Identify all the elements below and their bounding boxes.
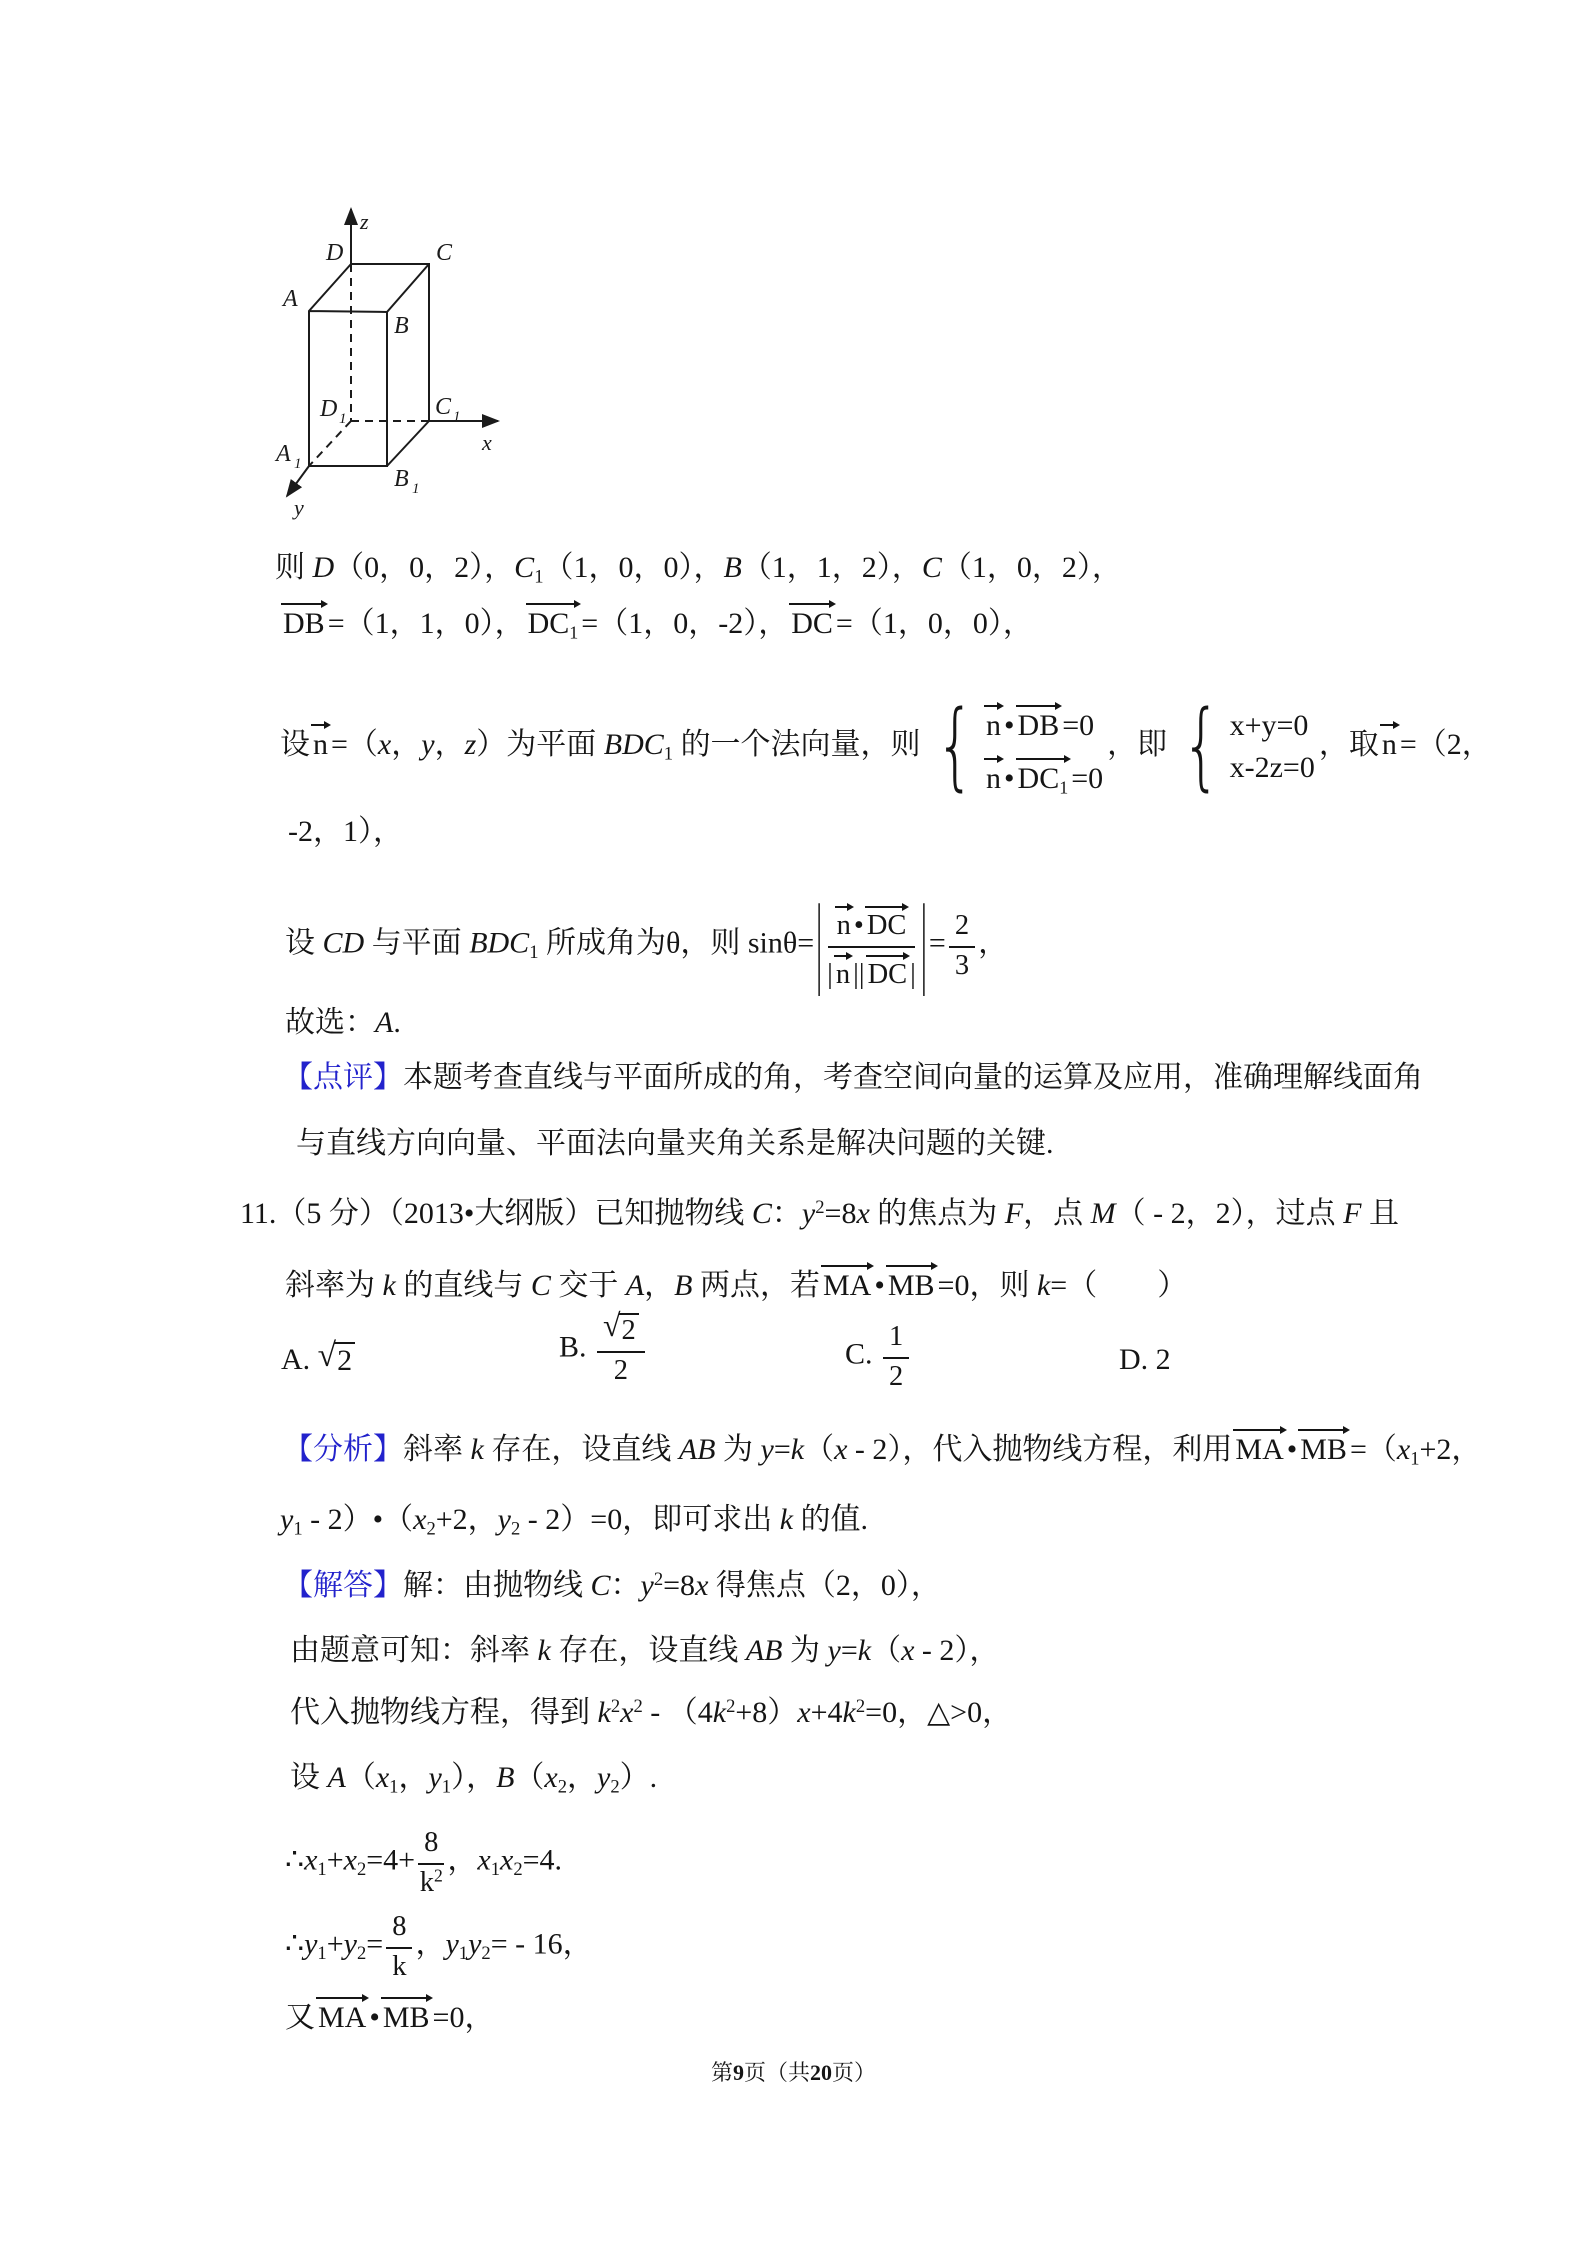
answer-line-6: ∴y1+y2=8k，y1y2= - 16， xyxy=(285,1910,593,1984)
fraction: 8k2 xyxy=(418,1826,444,1900)
square-root: √2 xyxy=(318,1342,355,1377)
math-var: x xyxy=(304,1844,317,1877)
math-var: A xyxy=(375,1006,393,1039)
section-label: 【分析】 xyxy=(283,1433,403,1466)
math-var: x xyxy=(477,1844,490,1877)
subscript: 1 xyxy=(389,1777,398,1798)
math-var: y xyxy=(597,1761,610,1794)
math-var: C xyxy=(531,1269,551,1302)
vertex-label-D1-base: D xyxy=(319,396,337,422)
option-D: D. 2 xyxy=(1119,1340,1171,1381)
vector-base: n xyxy=(837,910,851,941)
answer-line-1: 【解答】解：由抛物线 C：y2=8x 得焦点（2，0）， xyxy=(283,1566,941,1607)
subscript: 2 xyxy=(558,1777,567,1798)
numerator: 1 xyxy=(883,1320,909,1359)
math-var: y xyxy=(304,1928,317,1961)
math-var: y xyxy=(344,1928,357,1961)
fraction: n•DC|n||DC| xyxy=(827,900,916,992)
math-var: C xyxy=(752,1197,772,1230)
edge-BC xyxy=(387,264,429,312)
math-var: C xyxy=(514,551,534,584)
math-var: y xyxy=(428,1761,441,1794)
numerator: 8 xyxy=(418,1826,444,1865)
vertex-label-B1-sub: 1 xyxy=(412,481,420,497)
math-var: x xyxy=(500,1844,513,1877)
subscript: 1 xyxy=(1410,1449,1419,1470)
superscript: 2 xyxy=(815,1197,824,1218)
equation-system: {x+y=0x-2z=0 xyxy=(1171,704,1315,790)
axis-label-y: y xyxy=(292,495,304,520)
edge-DC-CC1 xyxy=(351,264,429,421)
subscript: 2 xyxy=(357,1943,366,1964)
cuboid-svg: z x y D C A B D 1 C 1 A 1 B 1 xyxy=(268,185,518,520)
vector-base: MB xyxy=(888,1269,935,1302)
vector-base: MA xyxy=(1235,1433,1283,1466)
math-var: B xyxy=(496,1761,514,1794)
math-var: F xyxy=(1005,1197,1023,1230)
fraction: 12 xyxy=(883,1320,909,1394)
equation-row: n•DC1=0 xyxy=(983,753,1103,794)
solution-line-normal-cont: -2，1）， xyxy=(288,812,403,853)
math-var: x xyxy=(376,1761,389,1794)
vertex-label-A: A xyxy=(281,286,298,312)
subscript: 2 xyxy=(426,1519,435,1540)
vertex-label-D: D xyxy=(325,240,343,266)
edge-D1A1-dashed xyxy=(309,421,351,466)
superscript: 2 xyxy=(434,1865,443,1885)
vector-DB: DB xyxy=(1015,700,1063,741)
edge-B1C1 xyxy=(387,421,429,466)
solution-line-vectors: DB=（1，1，0），DC1=（1，0，-2），DC=（1，0，0）， xyxy=(280,598,1033,645)
subscript: 1 xyxy=(317,1859,326,1880)
math-var: x xyxy=(544,1761,557,1794)
fraction: 23 xyxy=(949,909,975,983)
math-var: y xyxy=(827,1634,840,1667)
axis-label-x: x xyxy=(481,430,492,455)
vertex-label-C1-base: C xyxy=(435,394,452,420)
math-var: x xyxy=(797,1696,810,1729)
vector-base: DB xyxy=(283,607,325,640)
vector-base: DC xyxy=(868,959,908,990)
question-11-line-2: 斜率为 k 的直线与 C 交于 A，B 两点，若MA•MB=0，则 k=（ ） xyxy=(285,1260,1187,1307)
vector-MB: MB xyxy=(1297,1424,1350,1465)
option-B: B. √22 xyxy=(559,1312,648,1388)
equation-row: x-2z=0 xyxy=(1230,753,1315,783)
math-var: BDC xyxy=(604,728,664,761)
radical-sign: √ xyxy=(603,1310,621,1342)
superscript: 2 xyxy=(611,1696,620,1717)
answer-line-2: 由题意可知：斜率 k 存在，设直线 AB 为 y=k（x - 2）， xyxy=(290,1631,999,1672)
comment-line-2: 与直线方向向量、平面法向量夹角关系是解决问题的关键. xyxy=(296,1124,1054,1165)
solution-line-coordinates: 则 D（0，0，2），C1（1，0，0），B（1，1，2），C（1，0，2）， xyxy=(275,548,1122,589)
edge-front-faces xyxy=(309,264,387,466)
option-C: C. 12 xyxy=(845,1320,912,1394)
equation-row: n•DB=0 xyxy=(983,700,1103,741)
solution-line-sin-theta: 设 CD 与平面 BDC1 所成角为θ，则 sinθ=|n•DC|n||DC||… xyxy=(285,900,1008,992)
numerator: 8 xyxy=(386,1910,412,1949)
math-var: z xyxy=(465,728,477,761)
math-var: A xyxy=(328,1761,346,1794)
vector-MA: MA xyxy=(820,1260,874,1301)
math-var: k xyxy=(858,1634,871,1667)
math-var: y xyxy=(802,1197,815,1230)
vector-n: n xyxy=(834,901,854,941)
vector-base: DC xyxy=(867,910,907,941)
equation-rows: n•DB=0n•DC1=0 xyxy=(983,700,1103,794)
subscript: 1 xyxy=(442,1777,451,1798)
vertex-label-A1-base: A xyxy=(274,441,291,467)
section-label: 【点评】 xyxy=(283,1061,403,1094)
math-var: A xyxy=(626,1269,644,1302)
denominator: k2 xyxy=(420,1865,443,1900)
math-var: B xyxy=(723,551,741,584)
option-A: A. √2 xyxy=(281,1340,355,1381)
vector-DB: DB xyxy=(280,598,328,639)
math-var: x xyxy=(1397,1433,1410,1466)
math-var: k xyxy=(713,1696,726,1729)
math-var: C xyxy=(922,551,942,584)
math-var: k xyxy=(538,1634,551,1667)
math-var: C xyxy=(591,1569,611,1602)
vector-base: MA xyxy=(823,1269,871,1302)
axis-label-z: z xyxy=(359,209,369,234)
denominator: 2 xyxy=(889,1359,903,1394)
vector-MB: MB xyxy=(380,1992,433,2033)
math-var: y xyxy=(498,1503,511,1536)
subscript: 2 xyxy=(511,1519,520,1540)
solution-line-answer: 故选：A. xyxy=(285,1003,401,1044)
analysis-line-2: y1 - 2）•（x2+2，y2 - 2）=0，即可求出 k 的值. xyxy=(280,1500,868,1541)
superscript: 2 xyxy=(654,1569,663,1590)
vector-base: n xyxy=(836,959,850,990)
answer-line-5: ∴x1+x2=4+8k2，x1x2=4. xyxy=(285,1826,562,1900)
analysis-line-1: 【分析】斜率 k 存在，设直线 AB 为 y=k（x - 2），代入抛物线方程，… xyxy=(283,1424,1481,1471)
equation-rows: x+y=0x-2z=0 xyxy=(1230,711,1315,783)
math-var: x xyxy=(378,728,391,761)
page-footer: 第9页（共20页） xyxy=(0,2056,1587,2087)
answer-line-4: 设 A（x1，y1），B（x2，y2）. xyxy=(290,1758,657,1799)
subscript: 1 xyxy=(459,1943,468,1964)
numerator: 2 xyxy=(949,909,975,948)
superscript: 2 xyxy=(856,1696,865,1717)
vector-base: n xyxy=(313,728,328,761)
vertex-label-B: B xyxy=(394,313,409,339)
vector-n: n xyxy=(310,719,331,760)
section-label: 【解答】 xyxy=(283,1569,403,1602)
math-var: k xyxy=(598,1696,611,1729)
subscript: 1 xyxy=(491,1859,500,1880)
vector-base: n xyxy=(986,709,1001,742)
math-var: k xyxy=(1037,1269,1050,1302)
radicand: 2 xyxy=(334,1342,355,1377)
vector-base: DC xyxy=(528,607,570,640)
subscript: 2 xyxy=(513,1859,522,1880)
math-var: D xyxy=(313,551,335,584)
abs-bar: | xyxy=(921,875,927,1013)
vector-base: MA xyxy=(318,2001,366,2034)
subscript: 2 xyxy=(610,1777,619,1798)
vector-DC: DC xyxy=(865,950,911,990)
vector-subscript: 1 xyxy=(1059,777,1068,797)
math-var: y xyxy=(280,1503,293,1536)
subscript: 2 xyxy=(481,1943,490,1964)
math-var: y xyxy=(468,1928,481,1961)
math-var: AB xyxy=(746,1634,783,1667)
abs-bar: | xyxy=(816,875,822,1013)
vector-DC: DC1 xyxy=(1015,753,1072,794)
answer-line-3: 代入抛物线方程，得到 k2x2 - （4k2+8）x+4k2=0，△>0， xyxy=(290,1693,1012,1734)
math-var: x xyxy=(413,1503,426,1536)
vertex-label-D1-sub: 1 xyxy=(339,411,347,427)
vector-MA: MA xyxy=(315,1992,369,2033)
vector-DC: DC1 xyxy=(525,598,582,639)
math-var: y xyxy=(445,1928,458,1961)
math-var: x xyxy=(695,1569,708,1602)
brace: { xyxy=(1182,704,1221,790)
fraction: √22 xyxy=(597,1312,645,1388)
document-page: z x y D C A B D 1 C 1 A 1 B 1 则 D（0，0，2）… xyxy=(0,0,1587,2245)
subscript: 1 xyxy=(529,942,538,963)
vector-base: MB xyxy=(1300,1433,1347,1466)
superscript: 2 xyxy=(633,1696,642,1717)
comment-line-1: 【点评】本题考查直线与平面所成的角，考查空间向量的运算及应用，准确理解线面角 xyxy=(283,1058,1423,1099)
solution-line-normal-vector: 设n=（x，y，z）为平面 BDC1 的一个法向量，则{n•DB=0n•DC1=… xyxy=(280,700,1492,794)
vertex-label-A1-sub: 1 xyxy=(294,456,302,472)
math-var: F xyxy=(1343,1197,1361,1230)
square-root: √2 xyxy=(603,1313,639,1346)
math-var: M xyxy=(1091,1197,1116,1230)
vector-base: MB xyxy=(383,2001,430,2034)
math-var: k xyxy=(471,1433,484,1466)
vector-base: DB xyxy=(1018,709,1060,742)
vector-n: n xyxy=(833,950,853,990)
vector-n: n xyxy=(983,753,1004,794)
vector-MA: MA xyxy=(1232,1424,1286,1465)
math-var: B xyxy=(674,1269,692,1302)
vector-base: DC xyxy=(1018,762,1060,795)
math-var: y xyxy=(760,1433,773,1466)
math-var: x xyxy=(620,1696,633,1729)
vector-n: n xyxy=(1379,719,1400,760)
denominator: 3 xyxy=(955,948,969,983)
math-var: y xyxy=(421,728,434,761)
math-var: x xyxy=(856,1197,869,1230)
vector-base: DC xyxy=(791,607,833,640)
math-var: x xyxy=(344,1844,357,1877)
vector-base: n xyxy=(986,762,1001,795)
math-var: CD xyxy=(323,927,365,960)
math-var: x xyxy=(834,1433,847,1466)
equation-system: {n•DB=0n•DC1=0 xyxy=(925,700,1104,794)
denominator: 2 xyxy=(614,1353,628,1388)
answer-line-7: 又MA•MB=0， xyxy=(285,1992,494,2039)
bold-number: 20 xyxy=(810,2060,832,2085)
denominator: |n||DC| xyxy=(827,948,916,992)
math-var: AB xyxy=(679,1433,716,1466)
vector-subscript: 1 xyxy=(569,622,578,642)
subscript: 1 xyxy=(317,1943,326,1964)
vertex-label-B1-base: B xyxy=(394,466,409,492)
radical-sign: √ xyxy=(318,1339,336,1373)
equation-row: x+y=0 xyxy=(1230,711,1315,741)
subscript: 1 xyxy=(293,1519,302,1540)
math-var: k xyxy=(843,1696,856,1729)
subscript: 1 xyxy=(664,743,673,764)
math-var: k xyxy=(791,1433,804,1466)
vector-DC: DC xyxy=(864,901,910,941)
numerator: n•DC xyxy=(828,900,916,948)
vector-base: n xyxy=(1382,728,1397,761)
math-var: k xyxy=(780,1503,793,1536)
vector-n: n xyxy=(983,700,1004,741)
radicand: 2 xyxy=(619,1313,639,1346)
math-var: k xyxy=(383,1269,396,1302)
figure-3d-cuboid: z x y D C A B D 1 C 1 A 1 B 1 xyxy=(268,185,518,520)
vector-MB: MB xyxy=(885,1260,938,1301)
vertex-label-C: C xyxy=(436,240,453,266)
denominator: k xyxy=(392,1949,406,1984)
subscript: 2 xyxy=(357,1859,366,1880)
math-var: x xyxy=(901,1634,914,1667)
question-11-line-1: 11.（5 分）（2013•大纲版）已知抛物线 C：y2=8x 的焦点为 F，点… xyxy=(240,1194,1399,1235)
superscript: 2 xyxy=(726,1696,735,1717)
numerator: √2 xyxy=(597,1312,645,1353)
vector-DC: DC xyxy=(788,598,836,639)
fraction: 8k xyxy=(386,1910,412,1984)
brace: { xyxy=(935,704,974,790)
subscript: 1 xyxy=(534,567,543,588)
vertex-label-C1-sub: 1 xyxy=(453,409,461,425)
math-var: BDC xyxy=(469,927,529,960)
bold-number: 9 xyxy=(733,2060,744,2085)
math-var: y xyxy=(641,1569,654,1602)
